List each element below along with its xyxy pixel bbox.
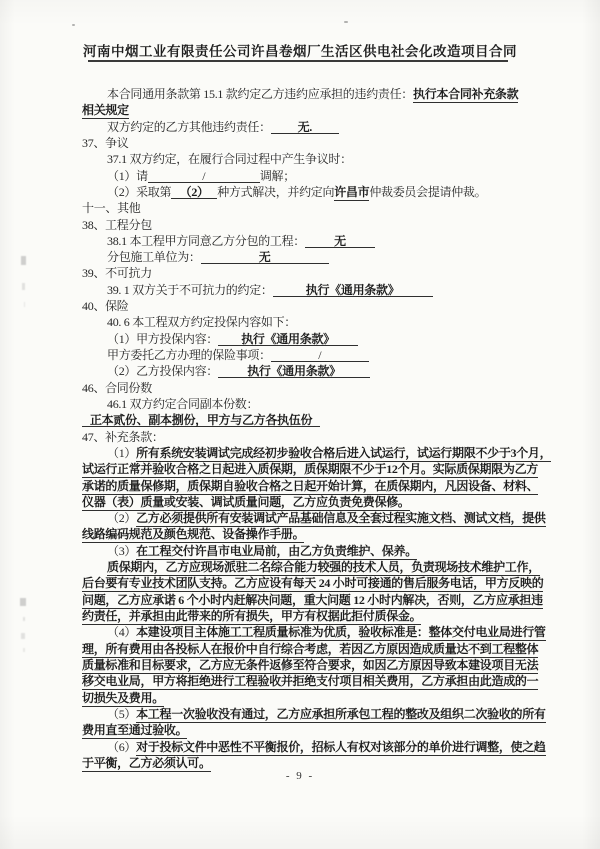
text-segment: 线路编码规范及颜色规范、设备操作手册。 <box>82 527 304 543</box>
document-line: 分包施工单位为：无 <box>82 249 542 265</box>
text-segment: 许昌市 <box>334 185 369 201</box>
text-segment: 40. 6 本工程双方约定投保内容如下： <box>107 315 296 329</box>
text-segment: 甲方委托乙方办理的保险事项： <box>107 348 271 362</box>
text-segment: 本合同通用条款第 15.1 款约定乙方违约应承担的违约责任： <box>107 87 413 101</box>
text-segment: 本建设项目主体施工工程质量标准为优质，验收标准是：整体交付电业局进行管 <box>136 625 546 641</box>
document-line: （1）甲方投保内容：执行《通用条款》 <box>82 331 542 347</box>
text-segment: 执行本合同补充条款 <box>413 87 518 103</box>
text-segment: 分包施工单位为： <box>107 250 201 264</box>
text-segment: 种方式解决，并约定向 <box>217 185 334 199</box>
text-segment: （2）乙方投保内容： <box>107 364 218 378</box>
document-line: 39、不可抗力 <box>82 265 542 281</box>
fill-in-blank: 正本贰份、副本捌份，甲方与乙方各执伍份 <box>82 412 320 427</box>
scan-smudge-left-margin <box>20 598 26 606</box>
text-segment: 双方约定的乙方其他违约责任： <box>107 120 271 134</box>
document-line: 线路编码规范及颜色规范、设备操作手册。 <box>82 526 542 542</box>
document-line: 问题，乙方应承诺 6 个小时内赶解决问题，重大问题 12 小时内解决，否则，乙方… <box>82 592 542 608</box>
document-line: 质量标准和目标要求，乙方应无条件返修至符合要求，如因乙方原因导致本建设项目无法 <box>82 657 542 673</box>
fill-in-blank: 无. <box>271 119 339 134</box>
document-line: 40、保险 <box>82 298 542 314</box>
document-line: 双方约定的乙方其他违约责任：无. <box>82 119 542 135</box>
text-segment: 37、争议 <box>82 136 129 150</box>
fill-in-blank: / <box>148 168 260 183</box>
document-line: 38、工程分包 <box>82 217 542 233</box>
document-line: 37、争议 <box>82 135 542 151</box>
document-line: 移交电业局，甲方将拒绝进行工程验收并拒绝支付项目相关费用，乙方承担由此造成的一 <box>82 673 542 689</box>
text-segment: 仲裁委员会提请仲裁。 <box>369 185 486 199</box>
document-line: （2）采取第（2）种方式解决，并约定向许昌市仲裁委员会提请仲裁。 <box>82 184 542 200</box>
text-segment: 40、保险 <box>82 299 129 313</box>
text-segment: 移交电业局，甲方将拒绝进行工程验收并拒绝支付项目相关费用，乙方承担由此造成的一 <box>82 674 538 690</box>
fill-in-blank: 无 <box>201 249 329 264</box>
document-line: （2）乙方投保内容：执行《通用条款》 <box>82 363 542 379</box>
text-segment: 质量标准和目标要求，乙方应无条件返修至符合要求，如因乙方原因导致本建设项目无法 <box>82 658 538 674</box>
document-line: 正本贰份、副本捌份，甲方与乙方各执伍份 <box>82 412 542 428</box>
text-segment: （1） <box>107 446 136 460</box>
text-segment: （3） <box>107 544 136 558</box>
fill-in-blank: 无 <box>305 233 375 248</box>
document-line: 40. 6 本工程双方约定投保内容如下： <box>82 314 542 330</box>
document-line: 37.1 双方约定，在履行合同过程中产生争议时： <box>82 151 542 167</box>
text-segment: 承诺的质量保修期，质保期自验收合格之日起开始计算，在质保期内，凡因设备、材料、 <box>82 479 538 495</box>
text-segment: （6） <box>107 740 136 754</box>
document-title: 河南中烟工业有限责任公司许昌卷烟厂生活区供电社会化改造项目合同 <box>0 40 600 60</box>
text-segment: 费用直至通过验收。 <box>82 723 187 739</box>
document-line: 质保期内，乙方应现场派驻二名综合能力较强的技术人员，负责现场技术维护工作， <box>82 559 542 575</box>
text-segment: 本工程一次验收没有通过，乙方应承担所承包工程的整改及组织二次验收的所有 <box>136 707 546 723</box>
text-segment: 对于投标文件中恶性不平衡报价，招标人有权对该部分的单价进行调整，使之趋 <box>136 740 546 756</box>
text-segment: 十一、其他 <box>82 201 141 215</box>
text-segment: 质保期内，乙方应现场派驻二名综合能力较强的技术人员，负责现场技术维护工作， <box>107 560 540 576</box>
document-line: 47、补充条款： <box>82 429 542 445</box>
text-segment: （4） <box>107 625 136 639</box>
text-segment: （5） <box>107 707 136 721</box>
document-line: 本合同通用条款第 15.1 款约定乙方违约应承担的违约责任：执行本合同补充条款 <box>82 86 542 102</box>
document-line: （3）在工程交付许昌市电业局前，由乙方负责维护、保养。 <box>82 543 542 559</box>
text-segment: 在工程交付许昌市电业局前，由乙方负责维护、保养。 <box>136 544 417 560</box>
text-segment: 46.1 双方约定合同副本份数： <box>107 397 258 411</box>
document-body: 本合同通用条款第 15.1 款约定乙方违约应承担的违约责任：执行本合同补充条款相… <box>82 86 542 771</box>
document-line: 相关规定 <box>82 102 542 118</box>
document-line: （1）请/调解； <box>82 168 542 184</box>
scan-artifact-dot <box>344 21 348 23</box>
document-line: 46.1 双方约定合同副本份数： <box>82 396 542 412</box>
text-segment: 38、工程分包 <box>82 218 152 232</box>
document-line: 仪器（表）质量或安装、调试质量问题，乙方应负责免费保修。 <box>82 494 542 510</box>
fill-in-blank: 执行《通用条款》 <box>218 331 358 346</box>
document-line: 十一、其他 <box>82 200 542 216</box>
text-segment: 38.1 本工程甲方同意乙方分包的工程： <box>107 234 305 248</box>
document-line: 理，所有费用由各投标人在报价中自行综合考虑，若因乙方原因造成质量达不到工程整体 <box>82 641 542 657</box>
document-page: 河南中烟工业有限责任公司许昌卷烟厂生活区供电社会化改造项目合同 本合同通用条款第… <box>0 0 600 849</box>
document-line: 38.1 本工程甲方同意乙方分包的工程：无 <box>82 233 542 249</box>
text-segment: 理，所有费用由各投标人在报价中自行综合考虑，若因乙方原因造成质量达不到工程整体 <box>82 642 538 658</box>
text-segment: 46、合同份数 <box>82 381 152 395</box>
text-segment: 问题，乙方应承诺 6 个小时内赶解决问题，重大问题 12 小时内解决，否则，乙方… <box>82 593 543 609</box>
document-line: （2）乙方必须提供所有安装调试产品基础信息及全套过程实施文档、测试文档，提供 <box>82 510 542 526</box>
document-line: 约责任，并承担由此带来的所有损失，甲方有权据此拒付质保金。 <box>82 608 542 624</box>
scan-smudge-left-margin <box>21 256 26 265</box>
text-segment: （2） <box>107 511 136 525</box>
page-number: - 9 - <box>0 770 600 782</box>
document-line: 后台要有专业技术团队支持。乙方应设有每天 24 小时可接通的售后服务电话，甲方反… <box>82 575 542 591</box>
document-line: 切损失及费用。 <box>82 690 542 706</box>
text-segment: （1）请 <box>107 169 148 183</box>
fill-in-blank: 执行《通用条款》 <box>273 282 433 297</box>
document-line: 39. 1 双方关于不可抗力的约定：执行《通用条款》 <box>82 282 542 298</box>
document-line: 试运行正常并验收合格之日起进入质保期，质保期限不少于12个月。实际质保期限为乙方 <box>82 461 542 477</box>
text-segment: 试运行正常并验收合格之日起进入质保期，质保期限不少于12个月。实际质保期限为乙方 <box>82 462 538 478</box>
text-segment: 37.1 双方约定，在履行合同过程中产生争议时： <box>107 152 352 166</box>
text-segment: 相关规定 <box>82 103 129 119</box>
text-segment: （2）采取第 <box>107 185 171 199</box>
fill-in-blank: / <box>271 347 369 362</box>
text-segment: 47、补充条款： <box>82 430 164 444</box>
document-line: （4）本建设项目主体施工工程质量标准为优质，验收标准是：整体交付电业局进行管 <box>82 624 542 640</box>
fill-in-blank: （2） <box>171 184 217 199</box>
document-line: 46、合同份数 <box>82 380 542 396</box>
text-segment: 39、不可抗力 <box>82 266 152 280</box>
document-line: （5）本工程一次验收没有通过，乙方应承担所承包工程的整改及组织二次验收的所有 <box>82 706 542 722</box>
text-segment: 乙方必须提供所有安装调试产品基础信息及全套过程实施文档、测试文档，提供 <box>136 511 546 527</box>
text-segment: 调解； <box>260 169 295 183</box>
text-segment: 切损失及费用。 <box>82 691 164 707</box>
text-segment: 约责任，并承担由此带来的所有损失，甲方有权据此拒付质保金。 <box>82 609 421 625</box>
fill-in-blank: 执行《通用条款》 <box>218 363 370 378</box>
document-line: （6）对于投标文件中恶性不平衡报价，招标人有权对该部分的单价进行调整，使之趋 <box>82 739 542 755</box>
document-line: 承诺的质量保修期，质保期自验收合格之日起开始计算，在质保期内，凡因设备、材料、 <box>82 478 542 494</box>
text-segment: 仪器（表）质量或安装、调试质量问题，乙方应负责免费保修。 <box>82 495 410 511</box>
text-segment: 后台要有专业技术团队支持。乙方应设有每天 24 小时可接通的售后服务电话，甲方反… <box>82 576 543 592</box>
document-line: 费用直至通过验收。 <box>82 722 542 738</box>
document-line: 甲方委托乙方办理的保险事项：/ <box>82 347 542 363</box>
document-line: （1）所有系统安装调试完成经初步验收合格后进入试运行，试运行期限不少于3个月， <box>82 445 542 461</box>
text-segment: （1）甲方投保内容： <box>107 332 218 346</box>
text-segment: 39. 1 双方关于不可抗力的约定： <box>107 283 273 297</box>
scan-artifact-dot <box>72 24 75 26</box>
document-line: 于平衡，乙方必须认可。 <box>82 755 542 771</box>
title-underline-rule <box>88 60 508 62</box>
text-segment: 所有系统安装调试完成经初步验收合格后进入试运行，试运行期限不少于3个月， <box>136 446 551 462</box>
